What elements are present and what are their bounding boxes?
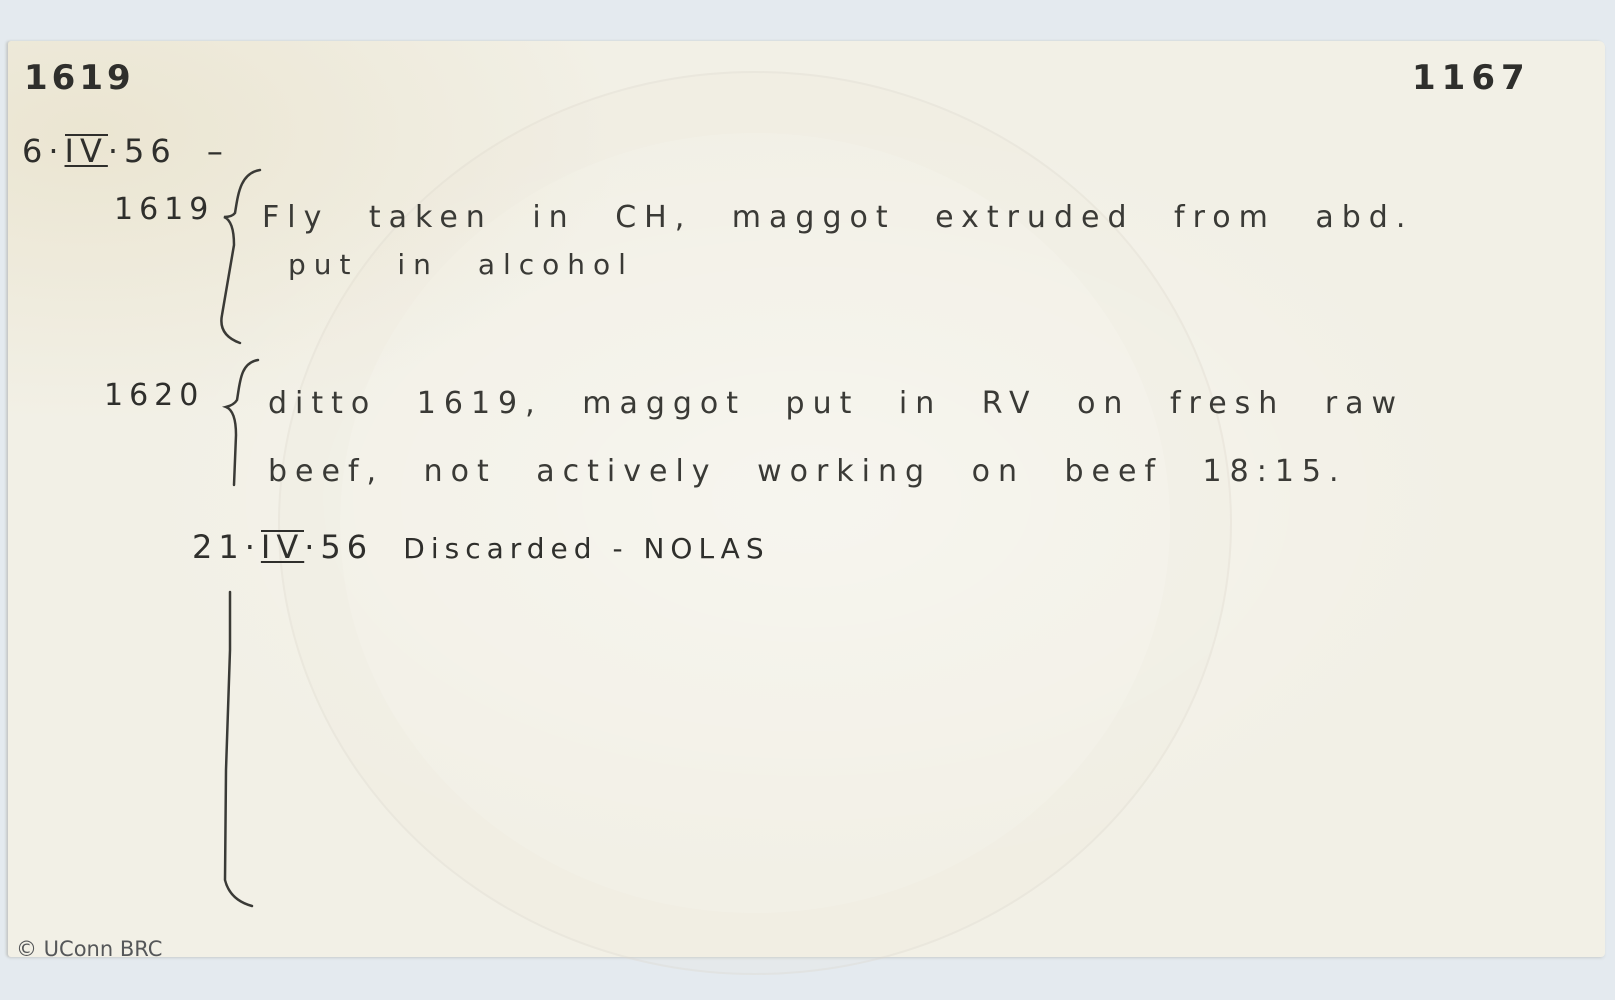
brace-icon — [210, 165, 270, 350]
bracket-line-icon — [200, 590, 270, 915]
card-number-top-right: 1167 — [1412, 58, 1531, 98]
entry-id-1620: 1620 — [104, 378, 204, 413]
copyright-notice: © UConn BRC — [16, 937, 162, 961]
entry-1619-line-1: Fly taken in CH, maggot extruded from ab… — [262, 200, 1413, 235]
entry-date-day: 6 — [22, 132, 48, 170]
entry-1619-line-2: put in alcohol — [288, 248, 634, 281]
brace-icon — [210, 355, 270, 495]
entry-date-year: 56 — [124, 132, 177, 170]
card-number-top-left: 1619 — [24, 58, 135, 98]
closing-date-month: IV — [261, 528, 304, 566]
entry-date-month: IV — [65, 132, 108, 170]
entry-date: 6·IV·56 – — [22, 132, 229, 170]
closing-note: 21·IV·56 Discarded - NOLAS — [192, 528, 770, 566]
closing-date-day: 21 — [192, 528, 245, 566]
entry-1620-line-1: ditto 1619, maggot put in RV on fresh ra… — [268, 386, 1404, 421]
closing-date-year: 56 — [320, 528, 373, 566]
closing-note-text: Discarded - NOLAS — [403, 532, 769, 565]
entry-id-1619: 1619 — [114, 192, 214, 227]
entry-1620-line-2: beef, not actively working on beef 18:15… — [268, 454, 1347, 489]
